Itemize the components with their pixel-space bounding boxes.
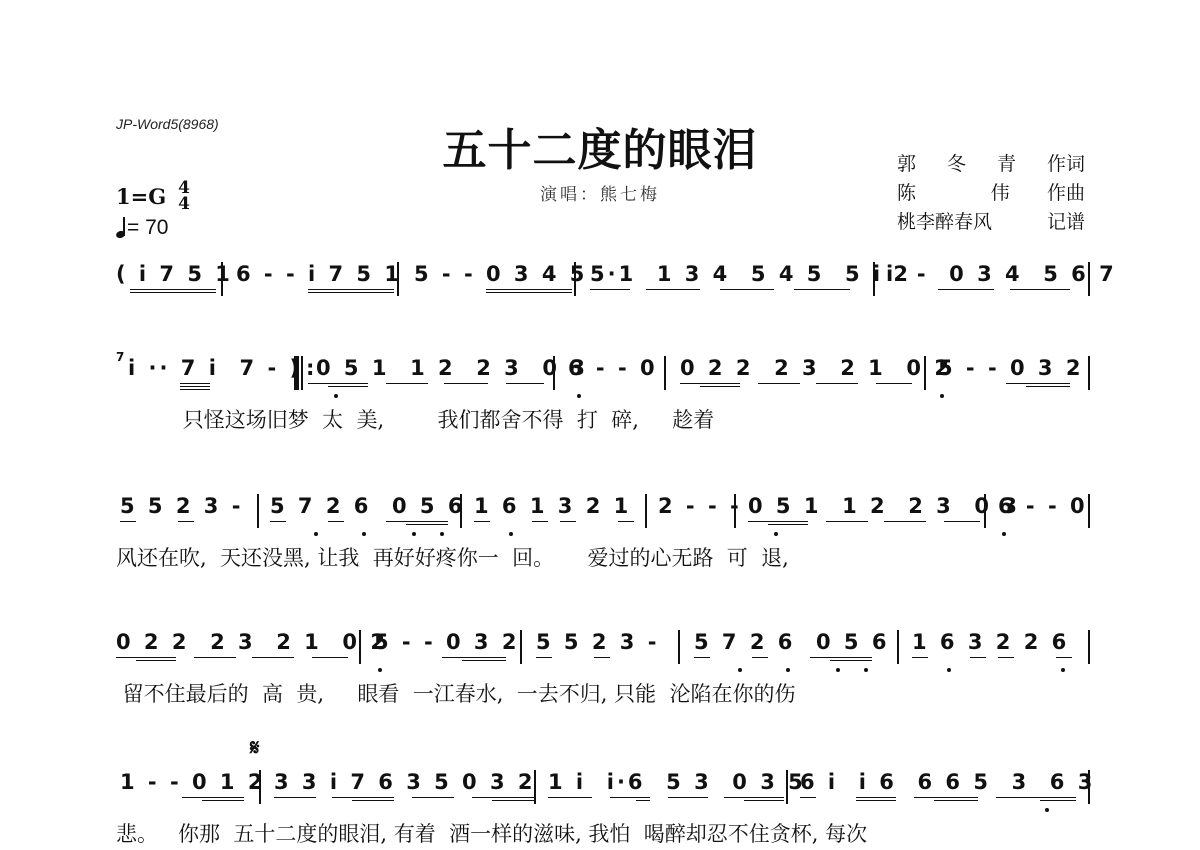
measure: 6 i i 6 6 6 5 3 6 3 [800, 770, 1095, 794]
measure: i - 0 3 4 5 6 7 [886, 262, 1117, 286]
credit-transcriber: 桃李醉春风 记谱 [897, 208, 1085, 237]
measure: 3 3 i 7 6 3 5 0 3 2 [274, 770, 536, 794]
barline [534, 770, 536, 804]
measure: 2 - - - [658, 494, 742, 518]
measure: 5 - - 0 3 2 [938, 356, 1083, 380]
measure: 5·1 1 3 4 5 4 5 5 i 2 [590, 262, 911, 286]
repeat-start-icon [294, 356, 299, 390]
barline [1088, 630, 1090, 664]
measure: 5 7 2 6 0 5 6 [270, 494, 465, 518]
time-signature: 4 4 [178, 180, 190, 212]
barline [221, 262, 223, 296]
barline [1088, 494, 1090, 528]
barline [553, 356, 555, 390]
measure: 0 5 1 1 2 2 3 0 3 [748, 494, 1020, 518]
credit-lyricist: 郭 冬 青 作词 [897, 150, 1085, 179]
barline [1088, 262, 1090, 296]
key-signature: 1=G 4 4 [116, 180, 190, 212]
barline [359, 630, 361, 664]
measure: 6 - - 0 [998, 494, 1088, 518]
barline [786, 770, 788, 804]
barline [873, 262, 875, 296]
barline [897, 630, 899, 664]
lyrics-line-5: 悲。 你那 五十二度的眼泪, 有着 酒一样的滋味, 我怕 喝醉却忍不住贪杯, 每… [116, 818, 867, 848]
score-line-1: ( i 7 5 1 6 - - i 7 5 1 5 - - 0 3 4 5 5·… [116, 262, 1090, 298]
measure: 6 - - i 7 5 1 [236, 262, 402, 286]
measure: 5 - - 0 3 2 [374, 630, 519, 654]
score-line-4: 0 2 2 2 3 2 1 0 2 5 - - 0 3 2 5 5 2 3 - … [116, 630, 1090, 666]
score-line-3: 5 5 2 3 - 5 7 2 6 0 5 6 1 6 1 3 2 1 2 - … [116, 494, 1090, 530]
credits: 郭 冬 青 作词 陈 伟 作曲 桃李醉春风 记谱 [897, 150, 1085, 237]
measure: 5 7 2 6 0 5 6 [694, 630, 889, 654]
measure: i ·· 7 i 7 - ) [128, 356, 302, 380]
barline [984, 494, 986, 528]
barline [664, 356, 666, 390]
barline [259, 770, 261, 804]
measure: 6 - - 0 [568, 356, 658, 380]
lyrics-line-2: 只怪这场旧梦 太 美, 我们都舍不得 打 碎, 趁着 [116, 404, 714, 434]
measure: 1 6 1 3 2 1 [474, 494, 631, 518]
measure: 0 2 2 2 3 2 1 0 2 [116, 630, 388, 654]
barline [734, 494, 736, 528]
barline [460, 494, 462, 528]
barline [397, 262, 399, 296]
measure: 5 5 2 3 - [120, 494, 243, 518]
score-line-5: 1 - - 0 1 2 3 3 i 7 6 3 5 0 3 2 1 i i·6 … [116, 770, 1090, 806]
barline [678, 630, 680, 664]
score-line-2: 7 i ·· 7 i 7 - ) : 0 5 1 1 2 2 3 0 3 6 -… [116, 356, 1090, 392]
measure: 0 2 2 2 3 2 1 0 2 [680, 356, 952, 380]
barline [574, 262, 576, 296]
grace-note: 7 [116, 350, 124, 364]
measure: 1 i i·6 5 3 0 3 5 [548, 770, 806, 794]
segno-icon: 𝄋 [250, 735, 259, 761]
measure: ( i 7 5 1 [116, 262, 233, 286]
barline [520, 630, 522, 664]
measure: 1 6 3 2 2 6 [912, 630, 1069, 654]
barline [1088, 770, 1090, 804]
measure: 5 - - 0 3 4 5 [414, 262, 587, 286]
lyrics-line-4: 留不住最后的 高 贵, 眼看 一江春水, 一去不归, 只能 沦陷在你的伤 [116, 678, 796, 708]
barline [257, 494, 259, 528]
lyrics-line-3: 风还在吹, 天还没黑, 让我 再好好疼你一 回。 爱过的心无路 可 退, [116, 542, 789, 572]
barline [924, 356, 926, 390]
barline [1088, 356, 1090, 390]
credit-composer: 陈 伟 作曲 [897, 179, 1085, 208]
measure: 0 5 1 1 2 2 3 0 3 [316, 356, 588, 380]
measure: 1 - - 0 1 2 [120, 770, 265, 794]
tempo-marking: = 70 [116, 216, 168, 240]
measure: 5 5 2 3 - [536, 630, 659, 654]
barline [645, 494, 647, 528]
